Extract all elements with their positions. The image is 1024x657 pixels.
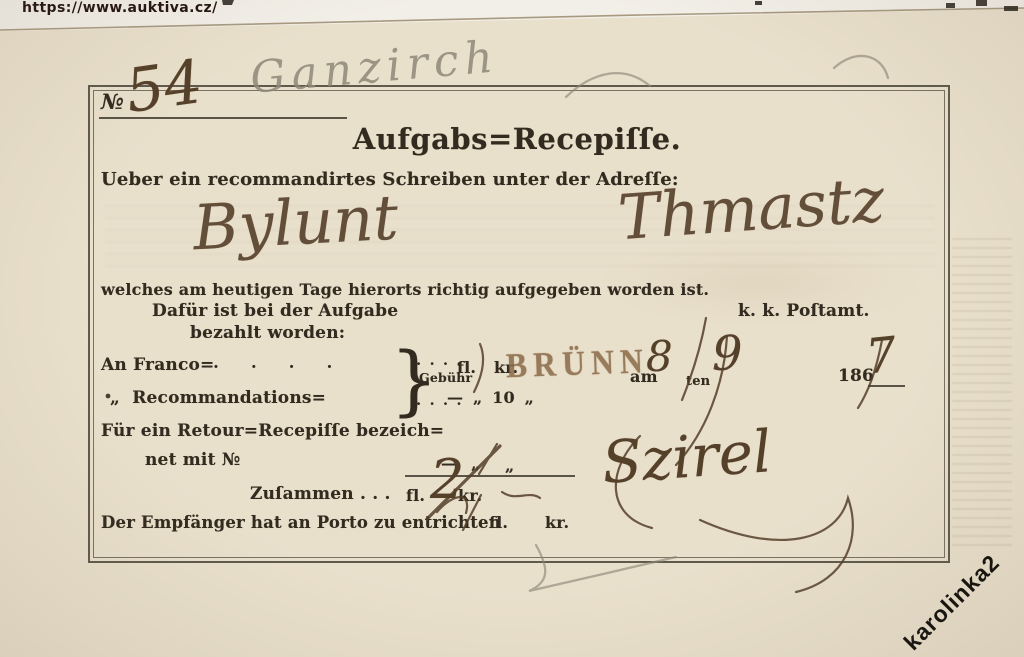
date-ten-label: ten (686, 374, 710, 389)
bruenn-postmark-stamp: BRÜNN (505, 341, 649, 386)
date-year-digit-handwriting: 7 (863, 327, 899, 386)
porto-fl-label: fl. (489, 513, 508, 532)
auction-url-watermark: https://www.auktiva.cz/ (22, 0, 218, 16)
bleed-through-right-margin (952, 238, 1012, 550)
porto-line: Der Empfänger hat an Porto zu entrichten (101, 513, 501, 532)
retour-line-2: net mit № (145, 450, 240, 470)
clerk-signature-handwriting: Szirel (600, 417, 774, 497)
paid-line-1: Dafür ist bei der Aufgabe (152, 301, 398, 321)
sum-fl-label: fl. (406, 486, 425, 505)
sum-label: Zuſammen . . . (250, 484, 391, 504)
fee-dots-row1: . . . . (416, 351, 462, 369)
postamt-label: k. k. Poſtamt. (738, 301, 870, 321)
date-month-handwriting: 9 (712, 326, 743, 382)
sum-value-handwriting: 2 (430, 448, 464, 511)
form-number-handwriting: 54 (122, 47, 207, 127)
confirmation-line: welches am heutigen Tage hierorts richti… (101, 280, 709, 299)
seller-watermark-wrap: karolinka2 (862, 589, 1024, 616)
seller-watermark: karolinka2 (899, 549, 1006, 656)
porto-kr-label: kr. (545, 513, 569, 532)
scanned-postal-receipt: { "watermarks": { "url": "https://www.au… (0, 0, 1024, 657)
addressee-handwriting-first: Bylunt (191, 181, 400, 265)
fee-recommandations-label: „ Recommandations= (110, 388, 326, 408)
fee-fl-label: fl. (457, 358, 476, 377)
fee-franco-dots: . . . . (213, 353, 332, 373)
fee-franco-label: An Franco= (101, 355, 215, 375)
date-day-handwriting: 8 (646, 332, 673, 381)
paid-line-2: bezahlt worden: (190, 323, 345, 343)
retour-line-1: Für ein Retour=Recepiſſe bezeich= (101, 421, 444, 441)
fee-recommandations-value: — „ 10 „ (447, 388, 534, 407)
form-title: Aufgabs=Recepiſſe. (353, 122, 681, 156)
form-title-row: Aufgabs=Recepiſſe. (88, 122, 946, 156)
retour-value-right: „ (505, 456, 514, 475)
form-number-label: № (101, 89, 124, 114)
